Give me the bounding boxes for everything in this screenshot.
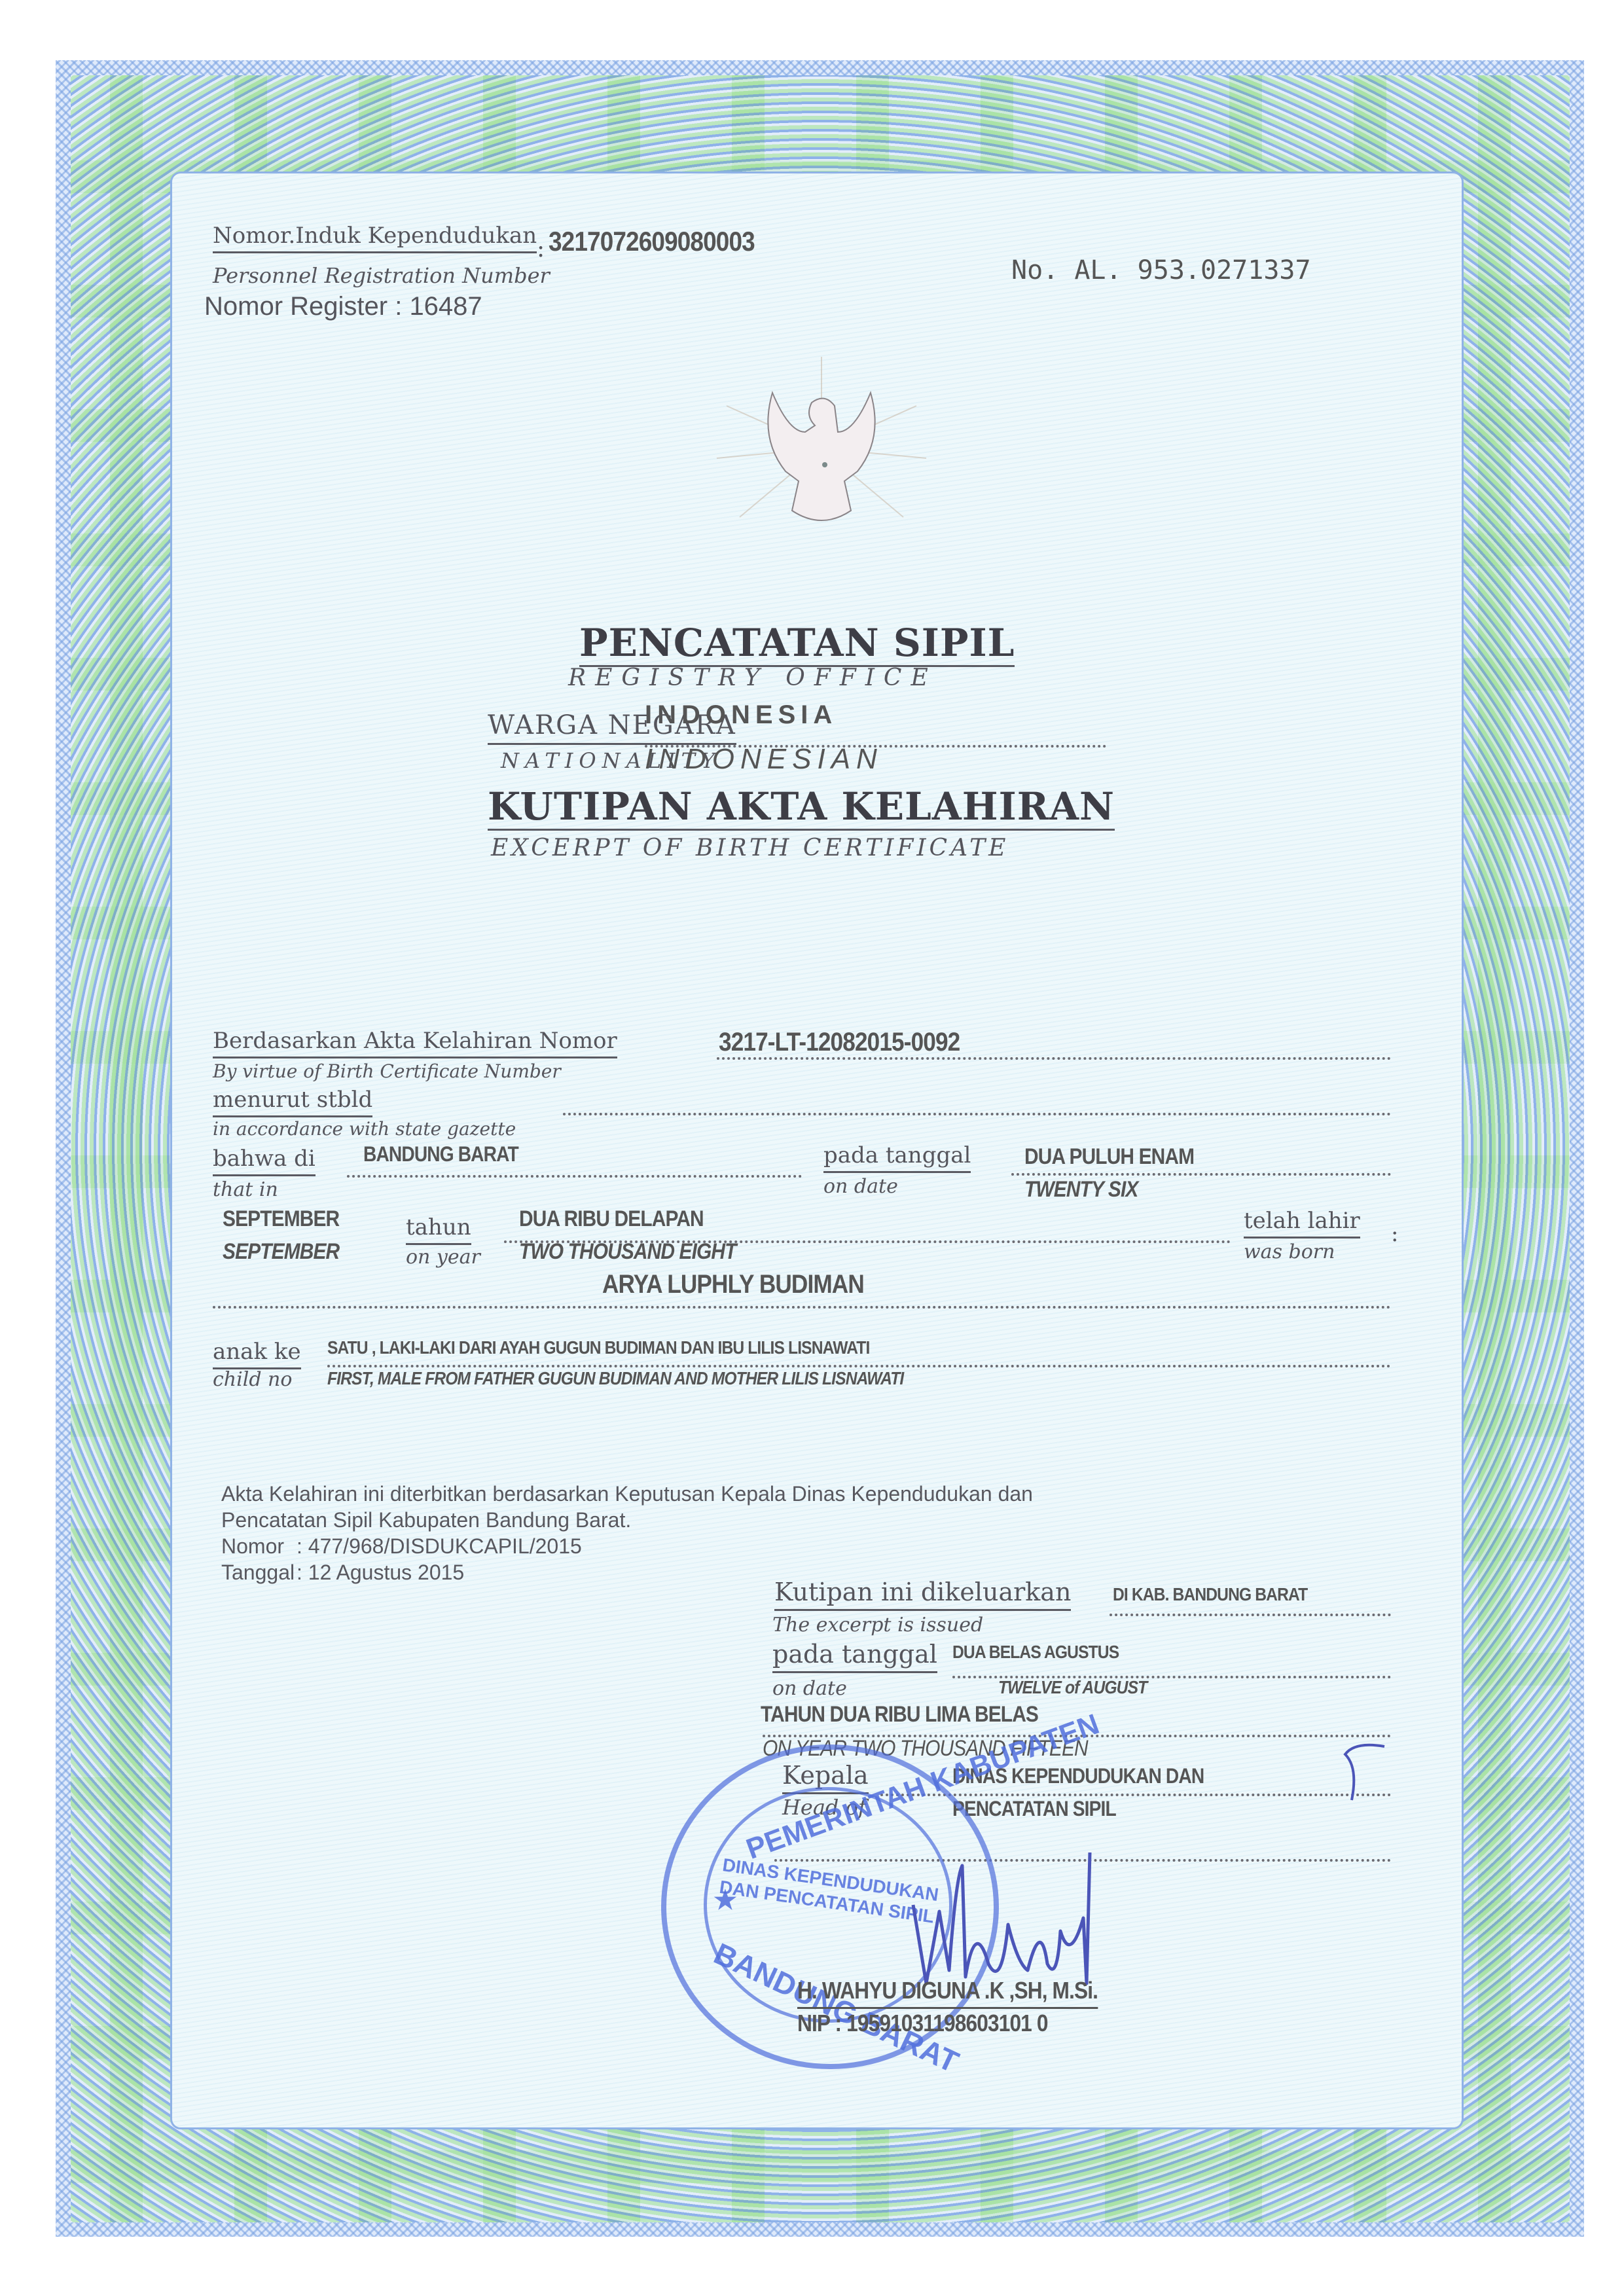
register-label: Nomor Register : 16487 — [204, 292, 482, 321]
garuda-emblem-icon — [713, 353, 929, 543]
decree-text: Akta Kelahiran ini diterbitkan berdasark… — [221, 1481, 1033, 1585]
child-no-dotted-line — [327, 1365, 1391, 1367]
child-name-dotted-line — [213, 1306, 1391, 1309]
stbld-dotted-line — [563, 1113, 1391, 1115]
born-label-en: was born — [1244, 1240, 1335, 1263]
place-label-en: that in — [213, 1178, 278, 1201]
child-name: ARYA LUPHLY BUDIMAN — [602, 1270, 864, 1299]
child-no-label: anak ke — [213, 1339, 301, 1369]
year-value-en: TWO THOUSAND EIGHT — [519, 1239, 736, 1265]
place-dotted-line — [347, 1175, 802, 1178]
decree-date-value: : 12 Agustus 2015 — [297, 1561, 464, 1584]
decree-number: Nomor: 477/968/DISDUKCAPIL/2015 — [221, 1533, 1033, 1559]
issue-year-value: TAHUN DUA RIBU LIMA BELAS — [761, 1702, 1038, 1727]
official-nip: NIP : 19591031198603101 0 — [797, 2010, 1048, 2037]
document-title-en: EXCERPT OF BIRTH CERTIFICATE — [491, 835, 1009, 861]
nik-colon: : — [537, 236, 545, 262]
place-label: bahwa di — [213, 1146, 316, 1176]
decree-line-2: Pencatatan Sipil Kabupaten Bandung Barat… — [221, 1507, 1033, 1533]
issued-value: DI KAB. BANDUNG BARAT — [1113, 1584, 1307, 1605]
cert-number-value: 3217-LT-12082015-0092 — [719, 1028, 960, 1057]
date-label: pada tanggal — [823, 1142, 971, 1173]
issue-date-value: DUA BELAS AGUSTUS — [952, 1642, 1119, 1663]
born-label: telah lahir — [1244, 1208, 1360, 1238]
cert-number-label-en: By virtue of Birth Certificate Number — [213, 1060, 561, 1082]
year-label: tahun — [406, 1214, 471, 1245]
stbld-label-en: in accordance with state gazette — [213, 1118, 516, 1140]
child-no-value-en: FIRST, MALE FROM FATHER GUGUN BUDIMAN AN… — [327, 1368, 903, 1389]
date-label-en: on date — [823, 1175, 898, 1198]
office-title: PENCATATAN SIPIL — [579, 621, 1015, 667]
day-value-en: TWENTY SIX — [1024, 1177, 1138, 1202]
document-title: KUTIPAN AKTA KELAHIRAN — [488, 784, 1115, 831]
child-no-label-en: child no — [213, 1368, 292, 1391]
day-dotted-line — [1011, 1173, 1391, 1176]
year-label-en: on year — [406, 1246, 480, 1269]
cert-number-label: Berdasarkan Akta Kelahiran Nomor — [213, 1028, 617, 1058]
issue-date-label: pada tanggal — [772, 1640, 937, 1673]
nik-label-en: Personnel Registration Number — [213, 263, 550, 288]
register-value: 16487 — [409, 292, 482, 321]
issued-dotted-line — [1110, 1614, 1391, 1616]
year-value: DUA RIBU DELAPAN — [519, 1206, 704, 1232]
nationality-value: INDONESIA — [645, 700, 837, 730]
nik-value: 3217072609080003 — [549, 226, 755, 257]
serial-number: No. AL. 953.0271337 — [1011, 255, 1311, 285]
child-no-value: SATU , LAKI-LAKI DARI AYAH GUGUN BUDIMAN… — [327, 1337, 869, 1358]
register-label-text: Nomor Register : — [204, 292, 402, 321]
born-colon: : — [1391, 1221, 1398, 1247]
month-value-en: SEPTEMBER — [223, 1239, 339, 1265]
nik-label: Nomor.Induk Kependudukan — [213, 223, 537, 253]
decree-date-label: Tanggal — [221, 1559, 297, 1585]
decree-line-1: Akta Kelahiran ini diterbitkan berdasark… — [221, 1481, 1033, 1507]
office-title-en: REGISTRY OFFICE — [568, 664, 937, 691]
decree-number-label: Nomor — [221, 1533, 297, 1559]
issued-label: Kutipan ini dikeluarkan — [774, 1578, 1071, 1611]
cert-number-dotted-line — [717, 1057, 1391, 1060]
official-name: H. WAHYU DIGUNA .K ,SH, M.Si. — [797, 1977, 1098, 2009]
signature-flourish — [1335, 1741, 1388, 1807]
place-value: BANDUNG BARAT — [363, 1142, 518, 1166]
month-value: SEPTEMBER — [223, 1206, 339, 1232]
issue-date-label-en: on date — [772, 1677, 847, 1700]
issued-label-en: The excerpt is issued — [772, 1614, 983, 1636]
head-dotted-line — [880, 1794, 1391, 1796]
day-value: DUA PULUH ENAM — [1024, 1144, 1194, 1170]
stbld-label: menurut stbld — [213, 1087, 372, 1117]
decree-number-value: : 477/968/DISDUKCAPIL/2015 — [297, 1534, 582, 1558]
signature — [910, 1839, 1172, 1997]
head-value-2: PENCATATAN SIPIL — [952, 1797, 1116, 1821]
nationality-value-en: INDONESIAN — [645, 743, 883, 776]
issue-date-value-en: TWELVE of AUGUST — [998, 1677, 1147, 1698]
